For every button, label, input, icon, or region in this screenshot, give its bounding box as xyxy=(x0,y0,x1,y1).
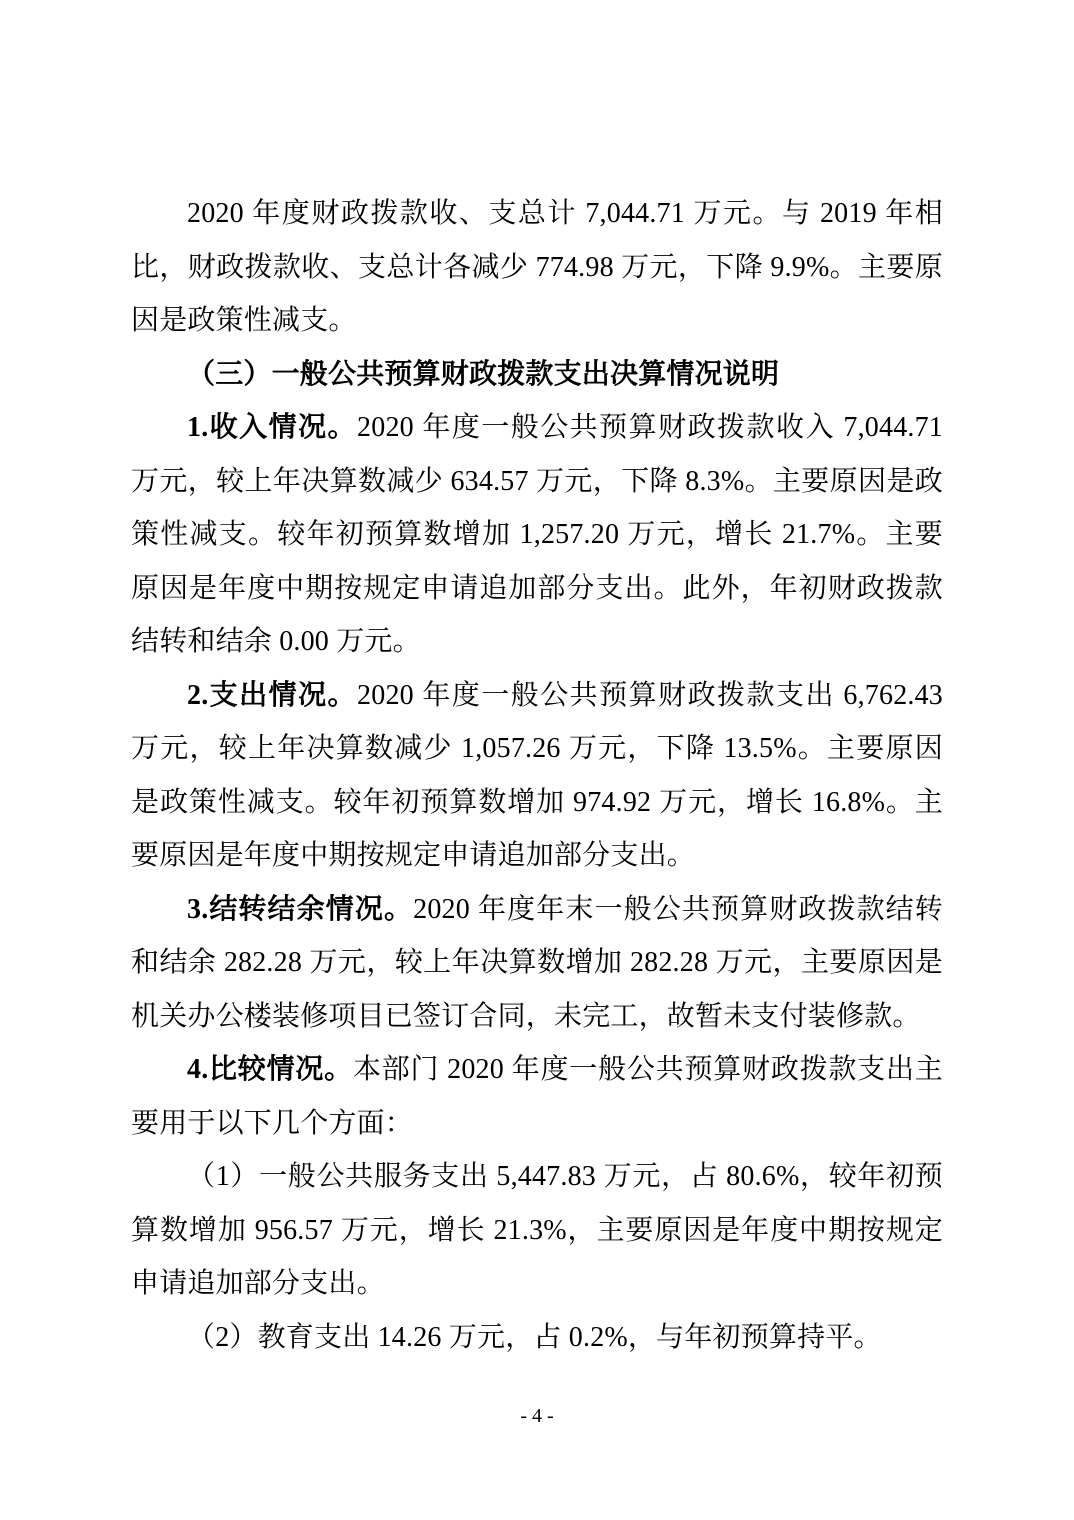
paragraph-lead: 3.结转结余情况。 xyxy=(187,894,413,925)
paragraph-item-1: （1）一般公共服务支出 5,447.83 万元，占 80.6%，较年初预算数增加… xyxy=(131,1150,943,1311)
paragraph-expenditure: 2.支出情况。2020 年度一般公共预算财政拨款支出 6,762.43 万元，较… xyxy=(131,669,943,883)
paragraph-text: （2）教育支出 14.26 万元，占 0.2%，与年初预算持平。 xyxy=(187,1322,882,1353)
paragraph-comparison: 4.比较情况。本部门 2020 年度一般公共预算财政拨款支出主要用于以下几个方面… xyxy=(131,1043,943,1150)
paragraph-item-2: （2）教育支出 14.26 万元，占 0.2%，与年初预算持平。 xyxy=(131,1311,943,1365)
heading-text: （三）一般公共预算财政拨款支出决算情况说明 xyxy=(187,359,779,390)
paragraph-text: 2020 年度一般公共预算财政拨款收入 7,044.71 万元，较上年决算数减少… xyxy=(131,412,943,657)
paragraph-lead: 4.比较情况。 xyxy=(187,1054,353,1085)
paragraph-income: 1.收入情况。2020 年度一般公共预算财政拨款收入 7,044.71 万元，较… xyxy=(131,401,943,669)
paragraph-lead: 2.支出情况。 xyxy=(187,680,357,711)
paragraph-text: （1）一般公共服务支出 5,447.83 万元，占 80.6%，较年初预算数增加… xyxy=(131,1161,943,1299)
paragraph-carryover: 3.结转结余情况。2020 年度年末一般公共预算财政拨款结转和结余 282.28… xyxy=(131,883,943,1044)
section-heading: （三）一般公共预算财政拨款支出决算情况说明 xyxy=(131,348,943,402)
paragraph-lead: 1.收入情况。 xyxy=(187,412,357,443)
page-footer: - 4 - xyxy=(0,1404,1074,1428)
paragraph-text: 2020 年度财政拨款收、支总计 7,044.71 万元。与 2019 年相比，… xyxy=(131,198,943,336)
document-body: 2020 年度财政拨款收、支总计 7,044.71 万元。与 2019 年相比，… xyxy=(131,187,943,1364)
paragraph-fiscal-total: 2020 年度财政拨款收、支总计 7,044.71 万元。与 2019 年相比，… xyxy=(131,187,943,348)
document-page: 2020 年度财政拨款收、支总计 7,044.71 万元。与 2019 年相比，… xyxy=(0,0,1074,1520)
page-number: - 4 - xyxy=(520,1405,553,1427)
